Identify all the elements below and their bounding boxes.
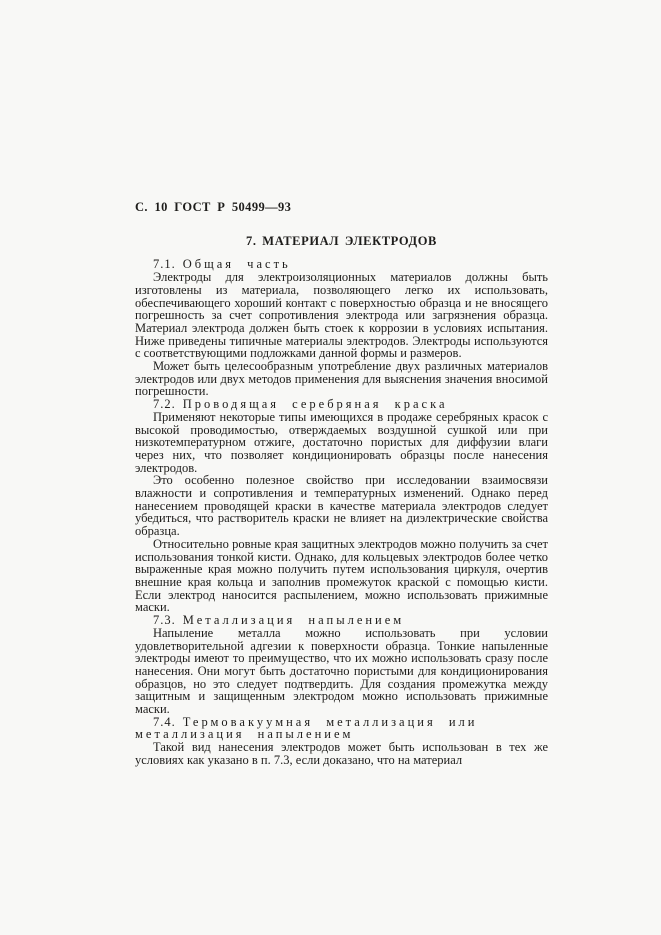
paragraph: Относительно ровные края защитных электр…: [135, 538, 548, 614]
page-header: С. 10 ГОСТ Р 50499—93: [135, 201, 548, 214]
section-title: Металлизация напылением: [183, 613, 404, 627]
section-heading-7-3: 7.3.Металлизация напылением: [135, 614, 548, 627]
paragraph: Электроды для электроизоляционных матери…: [135, 271, 548, 360]
paragraph: Это особенно полезное свойство при иссле…: [135, 474, 548, 538]
section-heading-7-4: 7.4.Термовакуумная металлизация или мета…: [135, 716, 548, 741]
chapter-title: 7. МАТЕРИАЛ ЭЛЕКТРОДОВ: [135, 235, 548, 248]
paragraph: Применяют некоторые типы имеющихся в про…: [135, 411, 548, 475]
document-page: С. 10 ГОСТ Р 50499—93 7. МАТЕРИАЛ ЭЛЕКТР…: [135, 201, 548, 767]
paragraph: Напыление металла можно использовать при…: [135, 627, 548, 716]
section-title: Термовакуумная металлизация или металлиз…: [135, 715, 477, 742]
section-heading-7-2: 7.2.Проводящая серебряная краска: [135, 398, 548, 411]
paragraph: Такой вид нанесения электродов может быт…: [135, 741, 548, 766]
paragraph: Может быть целесообразным употребление д…: [135, 360, 548, 398]
section-number: 7.3.: [153, 613, 176, 627]
